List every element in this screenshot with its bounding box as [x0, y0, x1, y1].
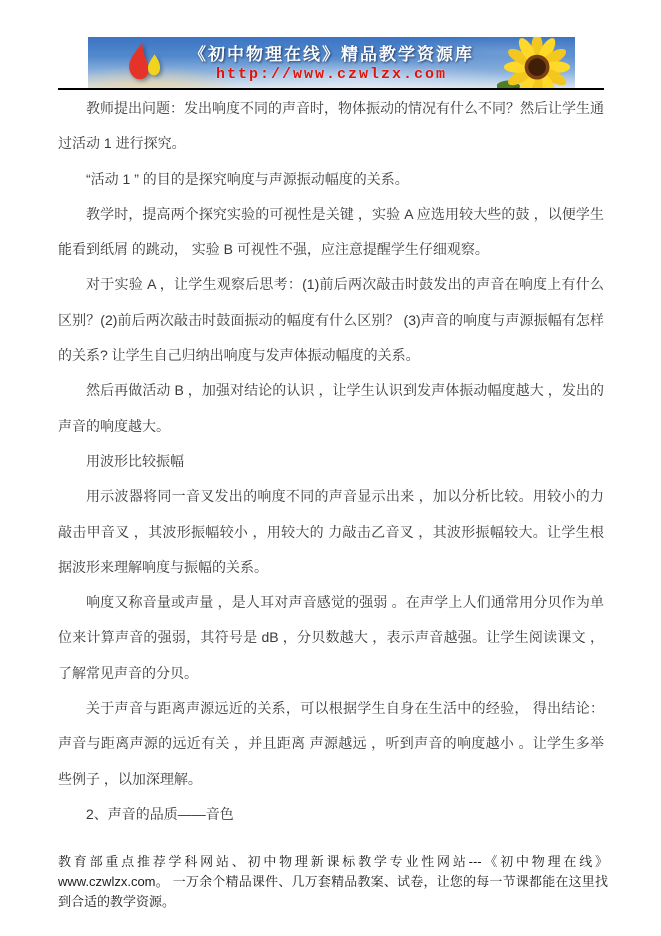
- paragraph-distance-relation: 关于声音与距离声源远近的关系，可以根据学生自身在生活中的经验， 得出结论：声音与…: [58, 691, 604, 797]
- paragraph-activity-b: 然后再做活动 B ，加强对结论的认识 ，让学生认识到发声体振动幅度越大 ，发出的…: [58, 373, 604, 444]
- paragraph-decibel: 响度又称音量或声量 ，是人耳对声音感觉的强弱 。在声学上人们通常用分贝作为单位来…: [58, 585, 604, 691]
- site-banner: 《初中物理在线》精品教学资源库 http://www.czwlzx.com: [88, 37, 575, 88]
- paragraph-timbre-heading: 2、声音的品质——音色: [58, 797, 604, 832]
- paragraph-experiment-a-questions: 对于实验 A ，让学生观察后思考：(1)前后两次敲击时鼓发出的声音在响度上有什么…: [58, 267, 604, 373]
- document-page: 《初中物理在线》精品教学资源库 http://www.czwlzx.com: [0, 0, 661, 936]
- paragraph-waveform-heading: 用波形比较振幅: [58, 444, 604, 479]
- paragraph-activity1-purpose: “活动 1 ” 的目的是探究响度与声源振动幅度的关系。: [58, 162, 604, 197]
- page-footer: 教育部重点推荐学科网站、初中物理新课标教学专业性网站---《初中物理在线》www…: [58, 852, 608, 912]
- paragraph-teaching-visibility: 教学时，提高两个探究实验的可视性是关键 ，实验 A 应选用较大些的鼓 ，以便学生…: [58, 197, 604, 268]
- document-body: 教师提出问题：发出响度不同的声音时，物体振动的情况有什么不同？然后让学生通过活动…: [58, 91, 604, 832]
- paragraph-teacher-question: 教师提出问题：发出响度不同的声音时，物体振动的情况有什么不同？然后让学生通过活动…: [58, 91, 604, 162]
- paragraph-oscilloscope: 用示波器将同一音叉发出的响度不同的声音显示出来 ，加以分析比较。用较小的力敲击甲…: [58, 479, 604, 585]
- sunflower-icon: [497, 37, 573, 88]
- banner-divider: [58, 88, 604, 90]
